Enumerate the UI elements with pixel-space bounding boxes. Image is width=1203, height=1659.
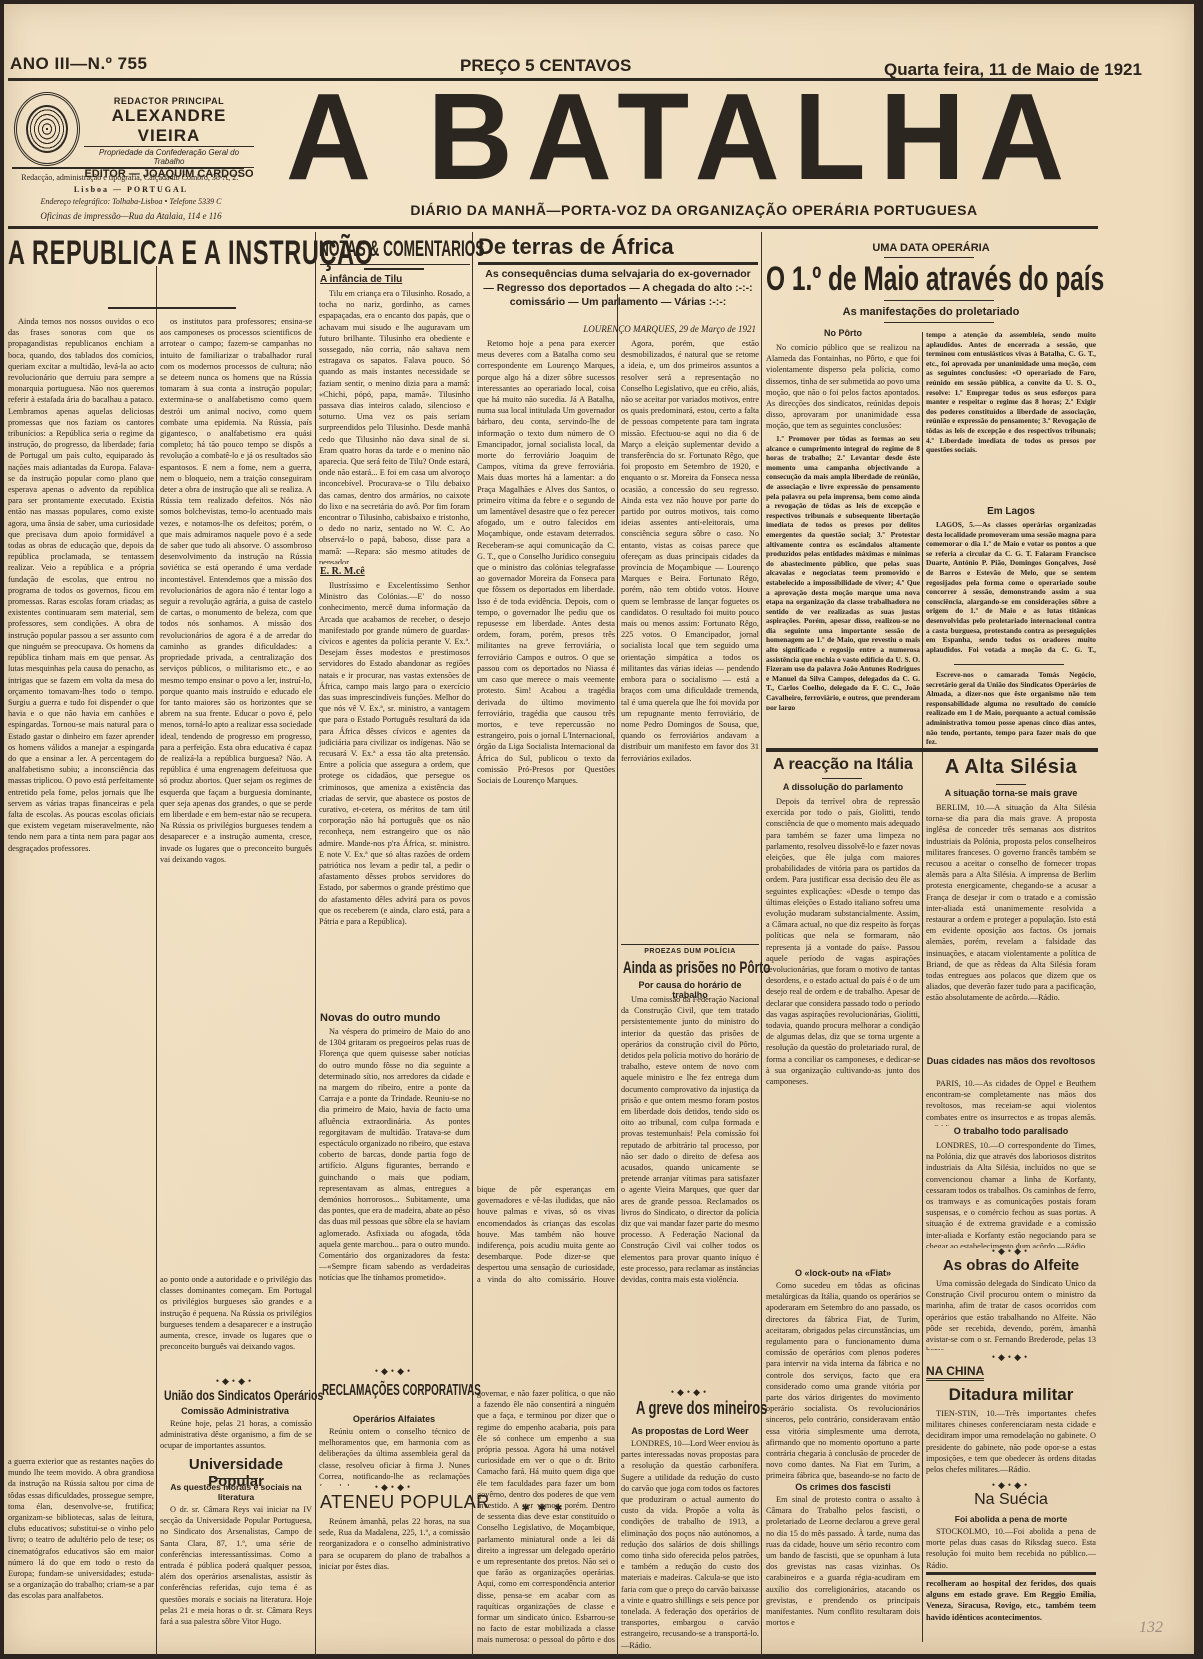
headline-italia: A reacção na Itália [766,756,920,774]
africa-deck: As consequências duma selvajaria do ex-g… [480,267,756,309]
greve-subheading: As propostas de Lord Weer [621,1426,759,1436]
headline-ateneu: ATENEU POPULAR [320,1492,490,1513]
fiat-heading: O «lock-out» na «Fiat» [766,1268,920,1278]
rule [822,778,862,779]
italia-body: Depois da terrível obra de repressão exe… [766,796,920,1266]
universidade-body: O dr. sr. Câmara Reys vai iniciar na IV … [160,1504,312,1644]
universidade-subheading: As questões morais e sociais na literatu… [160,1482,312,1502]
rule [884,300,994,301]
ornament-divider: •◆•◆• [319,1366,469,1377]
fascisti-heading: Os crimes dos fascisti [766,1482,920,1492]
greve-body: LONDRES, 10—Lord Weer enviou às partes i… [621,1438,759,1648]
porto-conclusions: 1.º Promover por tôdas as formas ao seu … [766,434,920,710]
cgt-seal-icon [14,92,80,166]
address-line: Oficinas de impressão—Rua da Atalaia, 11… [10,210,252,222]
archive-annotation: 132 [1139,1619,1163,1637]
silesia-body-2: PARIS, 10.—As cidades de Oppel e Beuthem… [926,1078,1096,1126]
headline-china: Ditadura militar [926,1385,1096,1405]
porto-body: No comício público que se realizou na Al… [766,342,920,432]
ornament-divider: •◆•◆• [621,1387,759,1398]
republica-col-2: os institutos para professores; ensina-s… [160,316,312,1266]
maio-kicker: UMA DATA OPERÁRIA [766,242,1096,254]
notas-body-tilu: Tilu em criança era o Tilusinho. Rosado,… [319,288,470,564]
fascisti-body: Em sinal de protesto contra o assalto à … [766,1494,920,1646]
rule [884,257,974,258]
republica-col-1-end: a guerra exterior que as restantes naçõe… [8,1456,154,1646]
rule [621,944,759,945]
china-label: NA CHINA [926,1364,984,1381]
newspaper-page: ANO III—N.º 755 PREÇO 5 CENTAVOS Quarta … [4,4,1194,1654]
headline-uniao: União dos Sindicatos Operários [164,1387,323,1403]
suecia-body: STOCKOLMO, 10.—Foi abolida a pena de mor… [926,1526,1096,1572]
africa-col-1: Retomo hoje a pena para exercer meus dev… [477,338,615,1178]
fiat-body: Como sucedeu em tôdas as oficinas metalú… [766,1280,920,1480]
prisoes-label: PROEZAS DUM POLÍCIA [621,948,759,955]
notas-body-novas: Na véspera do primeiro de Maio do ano de… [319,1026,470,1364]
reclamacoes-subheading: Operários Alfaiates [319,1414,469,1424]
china-body: TIEN-STIN, 10.—Três importantes chefes m… [926,1408,1096,1480]
redactor-label: REDACTOR PRINCIPAL [84,96,254,106]
reclamacoes-body: Reúniu ontem o conselho técnico de melho… [319,1426,470,1486]
ornament-divider: •◆•◆• [160,1376,310,1387]
headline-silesia: A Alta Silésia [926,756,1096,779]
prisoes-body: Uma comissão da Federação Nacional da Co… [621,994,759,1382]
africa-col-2: Agora, porém, que estão desmobilizados, … [621,338,759,938]
notas-sub-erm: E. R. M.cê [320,566,365,577]
rule [364,268,424,270]
porto-heading: No Pôrto [766,328,920,338]
rule [12,167,244,169]
address-line: Lisboa — PORTUGAL [10,184,252,196]
fascisti-continuation: recolheram ao hospital dez feridos, dos … [926,1578,1096,1626]
maio-subheading: As manifestações do proletariado [766,306,1096,318]
masthead-title: A BATALHA [262,79,1102,195]
rule [214,1478,258,1479]
headline-suecia: Na Suécia [926,1491,1096,1509]
column-rule [156,266,157,1656]
rule [320,264,470,265]
column-rule [472,232,473,1656]
notas-body-erm: Ilustríssimo e Excelentíssimo Senhor Min… [319,580,470,1012]
column-rule [315,232,316,1656]
republica-col-1: Ainda temos nos nossos ouvidos o eco das… [8,316,154,1446]
ornament-divider: •◆•◆• [926,1480,1096,1491]
headline-notas: NOTAS & COMENTARIOS [319,236,484,262]
rule [996,784,1026,785]
silesia-subheading: A situação torna-se mais grave [926,788,1096,798]
silesia-body-3: LONDRES, 10.—O correspondente do Times, … [926,1140,1096,1248]
property-line: Propriedade da Confederação Geral do Tra… [84,147,254,168]
address-block: Redacção, administração e tipografia, Ca… [10,172,252,222]
headline-alfeite: As obras do Alfeite [926,1257,1096,1274]
headline-greve: A greve dos mineiros [636,1398,767,1419]
silesia-subheading-2: Duas cidades nas mãos dos revoltosos [926,1056,1096,1066]
uniao-subheading: Comissão Administrativa [160,1406,310,1416]
column-rule [761,232,762,1656]
address-line: Endereço telegráfico: Tolhaba-Lisboa • T… [10,196,252,208]
column-rule [617,294,618,1656]
masthead-subtitle: DIÁRIO DA MANHÃ—PORTA-VOZ DA ORGANIZAÇÃO… [384,202,1004,218]
ateneu-body: Reúnem àmanhã, pelas 22 horas, na sua se… [319,1516,470,1596]
rule [478,262,758,265]
issue-number: ANO III—N.º 755 [10,54,147,74]
maio-col-2: tempo a atenção da assembleia, sendo mui… [926,330,1096,506]
rule [108,307,236,309]
africa-mid: bique de pôr esperanças em governadores … [477,1184,615,1284]
ornament-divider: •◆•◆• [926,1246,1096,1257]
masthead-rule [8,226,1098,229]
italia-subheading: A dissolução do parlamento [766,782,920,792]
rule [954,664,1064,665]
uniao-body: Reúne hoje, pelas 21 horas, a comissão a… [160,1418,312,1456]
headline-reclamacoes: RECLAMAÇÕES CORPORATIVAS [322,1382,481,1400]
lagos-body: LAGOS, 5.—As classes operárias organizad… [926,520,1096,656]
rule [884,322,994,323]
ornament-divider: •◆•◆• [926,1352,1096,1363]
headline-africa: De terras de África [478,234,674,260]
notas-sub-novas: Novas do outro mundo [320,1012,440,1024]
almada-note: Escreve-nos o camarada Tomás Negócio, se… [926,670,1096,746]
suecia-subheading: Foi abolida a pena de morte [926,1514,1096,1524]
africa-dateline: LOURENÇO MARQUES, 29 de Março de 1921 [480,324,756,334]
republica-col-2-end: ao ponto onde a autoridade e o privilégi… [160,1274,312,1374]
lagos-heading: Em Lagos [926,506,1096,517]
africa-col-1-end: governar, e não fazer política, o que nã… [477,1388,615,1648]
rule [926,1572,1096,1575]
headline-prisoes: Ainda as prisões no Pôrto [623,958,770,978]
silesia-body: BERLIM, 10.—A situação da Alta Silésia t… [926,802,1096,1054]
address-line: Redacção, administração e tipografia, Ca… [10,172,252,184]
column-rule [922,332,923,1642]
notas-sub-tilu: A infância de Tilu [320,274,402,285]
silesia-subheading-3: O trabalho todo paralisado [926,1126,1096,1136]
redactor-name: ALEXANDRE VIEIRA [84,106,254,147]
alfeite-body: Uma comissão delegada do Sindicato Unico… [926,1278,1096,1350]
headline-maio: O 1.º de Maio através do país [766,260,1104,299]
section-rule [766,748,1098,752]
